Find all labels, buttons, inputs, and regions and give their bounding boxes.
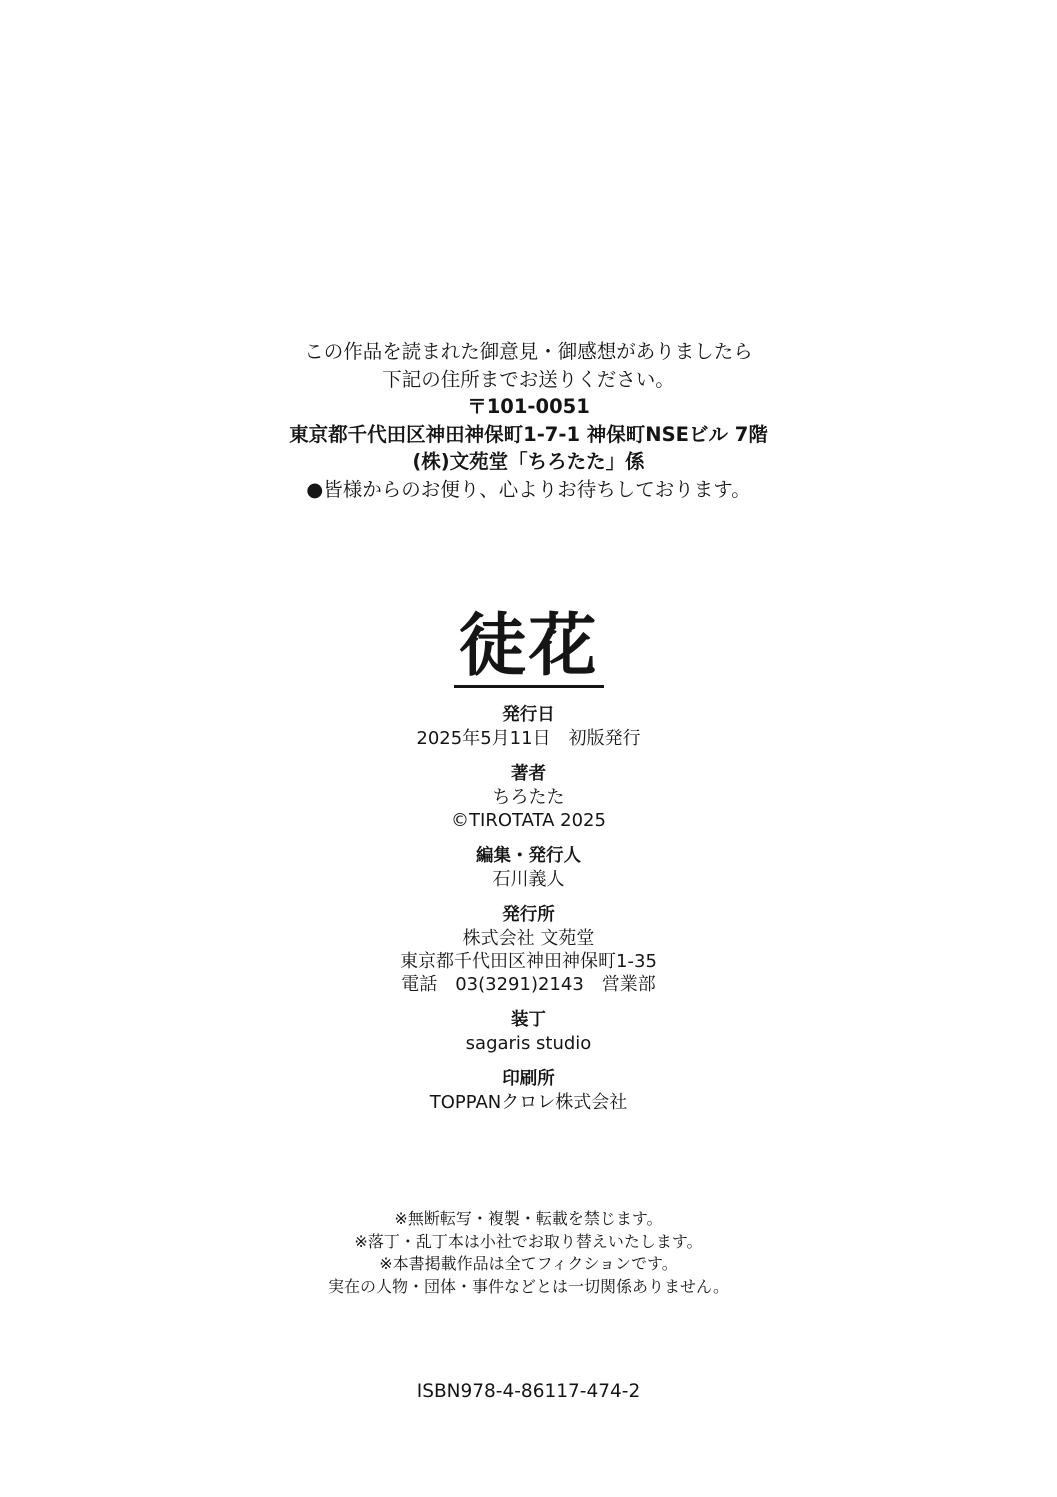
publisher-address: 東京都千代田区神田神保町1-35: [0, 950, 1057, 973]
section-heading: 発行所: [0, 903, 1057, 927]
legal-notices: ※無断転写・複製・転載を禁じます。 ※落丁・乱丁本は小社でお取り替えいたします。…: [0, 1208, 1057, 1298]
contact-invitation-line: この作品を読まれた御意見・御感想がありましたら: [0, 338, 1057, 366]
notice-defective-copies: ※落丁・乱丁本は小社でお取り替えいたします。: [0, 1231, 1057, 1254]
mailing-address: 東京都千代田区神田神保町1-7-1 神保町NSEビル 7階: [0, 421, 1057, 449]
section-heading: 著者: [0, 762, 1057, 786]
section-heading: 印刷所: [0, 1067, 1057, 1091]
colophon-publication-date: 発行日 2025年5月11日 初版発行: [0, 703, 1057, 750]
section-heading: 編集・発行人: [0, 844, 1057, 868]
copyright-notice: ©TIROTATA 2025: [0, 809, 1057, 832]
notice-no-reproduction: ※無断転写・複製・転載を禁じます。: [0, 1208, 1057, 1231]
publisher-phone: 電話 03(3291)2143 営業部: [0, 973, 1057, 996]
author-name: ちろたた: [0, 786, 1057, 809]
postal-code: 〒101-0051: [0, 393, 1057, 421]
designer-name: sagaris studio: [0, 1032, 1057, 1055]
publisher-name: 株式会社 文苑堂: [0, 927, 1057, 950]
colophon-publisher: 発行所 株式会社 文苑堂 東京都千代田区神田神保町1-35 電話 03(3291…: [0, 903, 1057, 996]
isbn-block: ISBN978-4-86117-474-2: [0, 1380, 1057, 1404]
closing-message: ●皆様からのお便り、心よりお待ちしております。: [0, 476, 1057, 504]
publication-date-value: 2025年5月11日 初版発行: [0, 727, 1057, 750]
title-underline-divider: [454, 685, 604, 688]
colophon: 発行日 2025年5月11日 初版発行 著者 ちろたた ©TIROTATA 20…: [0, 703, 1057, 1126]
book-title: 徒花: [0, 606, 1057, 686]
printer-name: TOPPANクロレ株式会社: [0, 1091, 1057, 1114]
isbn: ISBN978-4-86117-474-2: [0, 1380, 1057, 1404]
reader-contact-block: この作品を読まれた御意見・御感想がありましたら 下記の住所までお送りください。 …: [0, 338, 1057, 504]
notice-no-relation: 実在の人物・団体・事件などとは一切関係ありません。: [0, 1276, 1057, 1299]
notice-fiction: ※本書掲載作品は全てフィクションです。: [0, 1253, 1057, 1276]
colophon-author: 著者 ちろたた ©TIROTATA 2025: [0, 762, 1057, 832]
colophon-editor-publisher: 編集・発行人 石川義人: [0, 844, 1057, 891]
contact-instruction-line: 下記の住所までお送りください。: [0, 366, 1057, 394]
section-heading: 発行日: [0, 703, 1057, 727]
addressee: (株)文苑堂「ちろたた」係: [0, 448, 1057, 476]
editor-publisher-name: 石川義人: [0, 868, 1057, 891]
colophon-design: 装丁 sagaris studio: [0, 1008, 1057, 1055]
colophon-printer: 印刷所 TOPPANクロレ株式会社: [0, 1067, 1057, 1114]
section-heading: 装丁: [0, 1008, 1057, 1032]
book-title-block: 徒花: [0, 606, 1057, 686]
